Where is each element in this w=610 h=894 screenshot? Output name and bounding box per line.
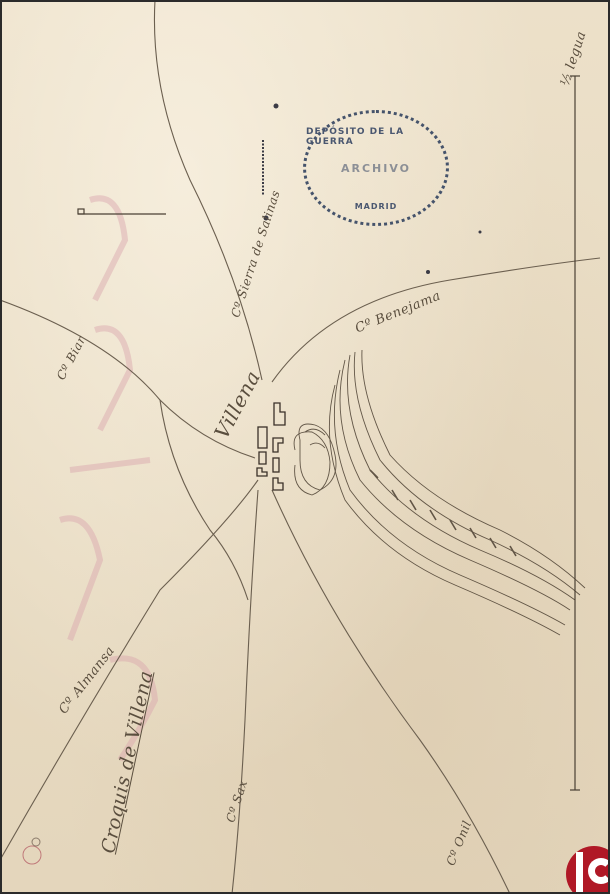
road-sax (232, 490, 258, 894)
stamp-bottom-text: MADRID (355, 202, 398, 211)
town-blocks (257, 403, 285, 490)
sun-sketch (23, 838, 41, 864)
map-sheet: DEPÓSITO DE LA GUERRA ARCHIVO MADRID Vil… (0, 0, 610, 894)
map-drawing (0, 0, 610, 894)
road-onil (272, 490, 510, 894)
road-sierra-salinas (154, 0, 262, 380)
sierra-hatching (294, 350, 585, 635)
logo-c-icon (588, 858, 610, 884)
archive-stamp: DEPÓSITO DE LA GUERRA ARCHIVO MADRID (303, 110, 449, 226)
road-benejama (272, 258, 600, 382)
scale-bar (570, 76, 580, 790)
stamp-center-text: ARCHIVO (341, 162, 411, 175)
stamp-top-text: DEPÓSITO DE LA GUERRA (306, 127, 446, 147)
logo-bar-icon (576, 852, 583, 892)
